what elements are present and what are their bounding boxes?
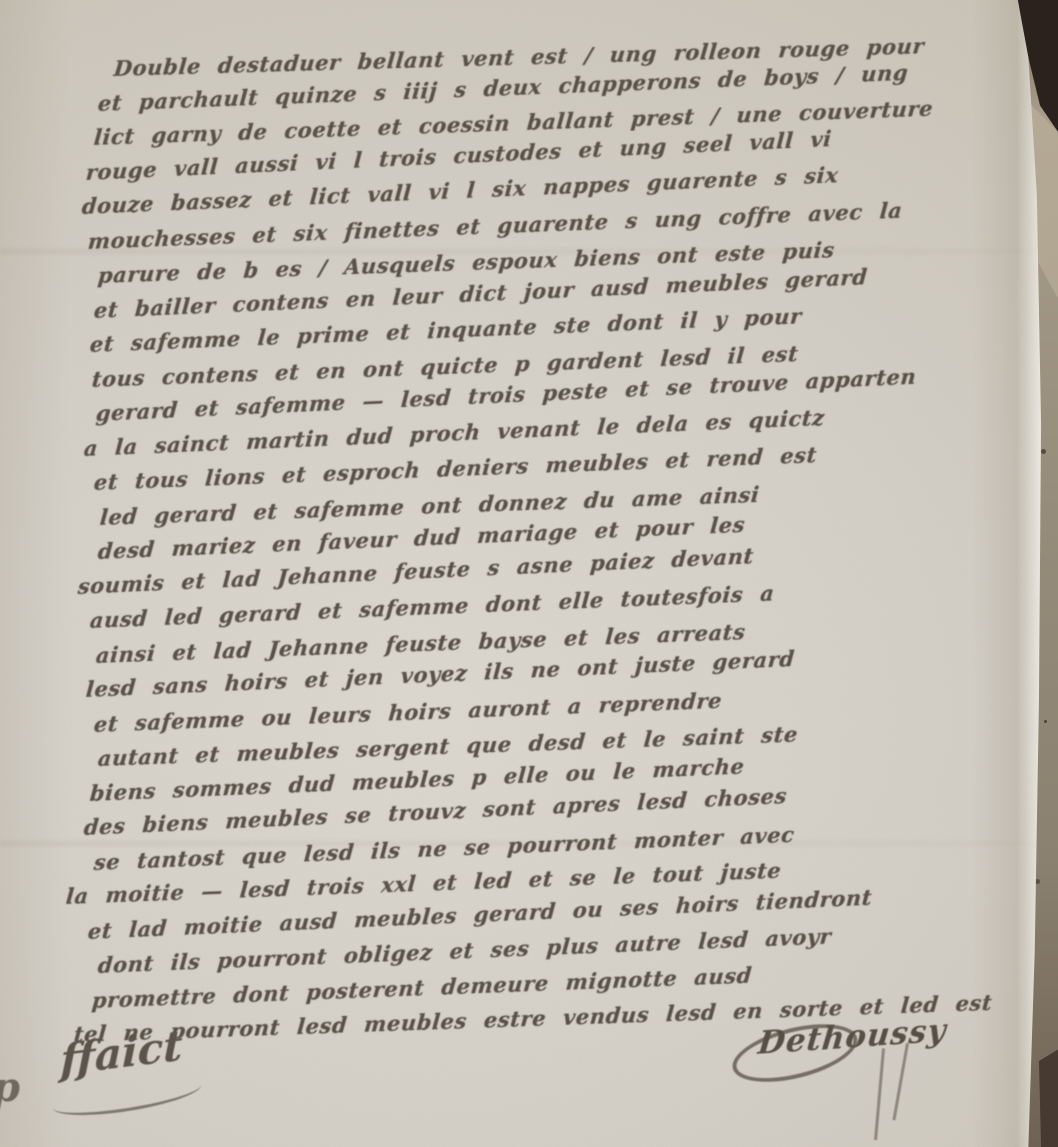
page-left-shading — [0, 0, 70, 1147]
manuscript-page: Double destaduer bellant vent est / ung … — [0, 0, 1058, 1147]
margin-mark: p — [0, 1068, 20, 1108]
manuscript-photo: Double destaduer bellant vent est / ung … — [0, 0, 1058, 1147]
manuscript-text-block: Double destaduer bellant vent est / ung … — [92, 52, 1007, 1062]
